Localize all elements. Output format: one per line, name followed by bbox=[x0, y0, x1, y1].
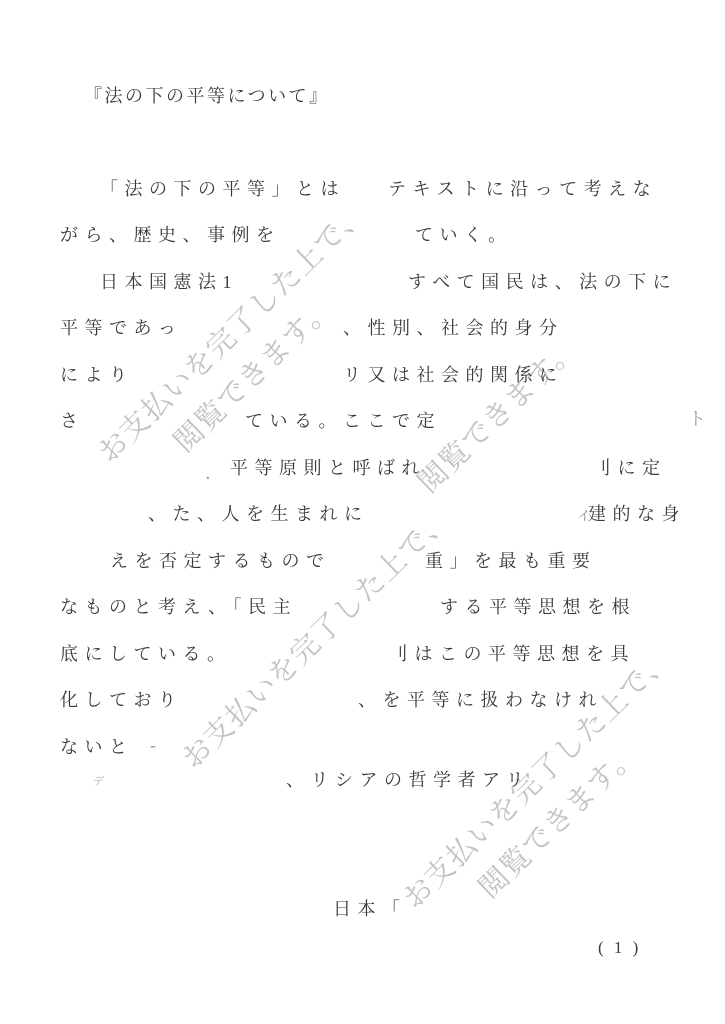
partial-glyph: ト bbox=[688, 407, 713, 431]
text-line: する平等思想を根 bbox=[440, 595, 636, 619]
text-line: 平等原則と呼ばれ bbox=[230, 456, 426, 480]
watermark-stamp: お支払いを完了した上で、閲覧できます。 bbox=[393, 638, 714, 952]
partial-glyph: ‐ bbox=[150, 733, 163, 757]
watermark-line-1: お支払いを完了した上で、 bbox=[172, 498, 462, 780]
text-line: 「法の下の平等」とは bbox=[100, 177, 345, 201]
text-line: 刂に定 bbox=[593, 456, 667, 480]
text-line: なものと考え、「民主 bbox=[60, 595, 297, 619]
watermark-stamp: お支払いを完了した上で、 bbox=[172, 498, 462, 780]
text-line: がら、歴史、事例を bbox=[60, 223, 281, 247]
page-title: 『法の下の平等について』 bbox=[84, 82, 330, 108]
text-line: テキストに沿って考えな bbox=[388, 177, 657, 201]
text-line: 、性別、社会的身分 bbox=[343, 316, 564, 340]
text-line: リ又は社会的関係に bbox=[343, 363, 564, 387]
watermark-line-2: 閲覧できます。 bbox=[424, 671, 714, 953]
text-line: 化しており bbox=[60, 688, 183, 712]
partial-glyph: デ bbox=[93, 770, 111, 794]
text-line: ている。ここで定 bbox=[245, 409, 441, 433]
text-line: 重」を最も重要 bbox=[425, 549, 597, 573]
text-line: 刂はこの平等思想を具 bbox=[390, 642, 635, 666]
text-line: ていく。 bbox=[415, 223, 513, 247]
text-line: により bbox=[60, 363, 134, 387]
text-line: さ bbox=[60, 409, 85, 433]
text-line: 底にしている。 bbox=[60, 642, 232, 666]
text-line: 日本国憲法1 bbox=[100, 270, 238, 294]
text-line: 、た、人を生まれに bbox=[148, 502, 369, 526]
text-line: すべて国民は、法の下に bbox=[408, 270, 677, 294]
page-number: ( 1 ) bbox=[598, 938, 641, 958]
text-line: 、リシアの哲学者アリ bbox=[286, 768, 530, 792]
text-line: 、を平等に扱わなけれ bbox=[358, 688, 603, 712]
text-line: えを否定するもので bbox=[110, 549, 331, 573]
text-line: ないと bbox=[60, 735, 134, 759]
text-line: 建的な身 bbox=[588, 502, 686, 526]
document-page: お支払いを完了した上で、閲覧できます。お支払いを完了した上で、閲覧できます。お支… bbox=[0, 0, 725, 1024]
text-line: 平等であっ bbox=[60, 316, 182, 340]
text-line: 日本「 bbox=[333, 897, 407, 921]
partial-glyph: ． bbox=[205, 461, 230, 485]
